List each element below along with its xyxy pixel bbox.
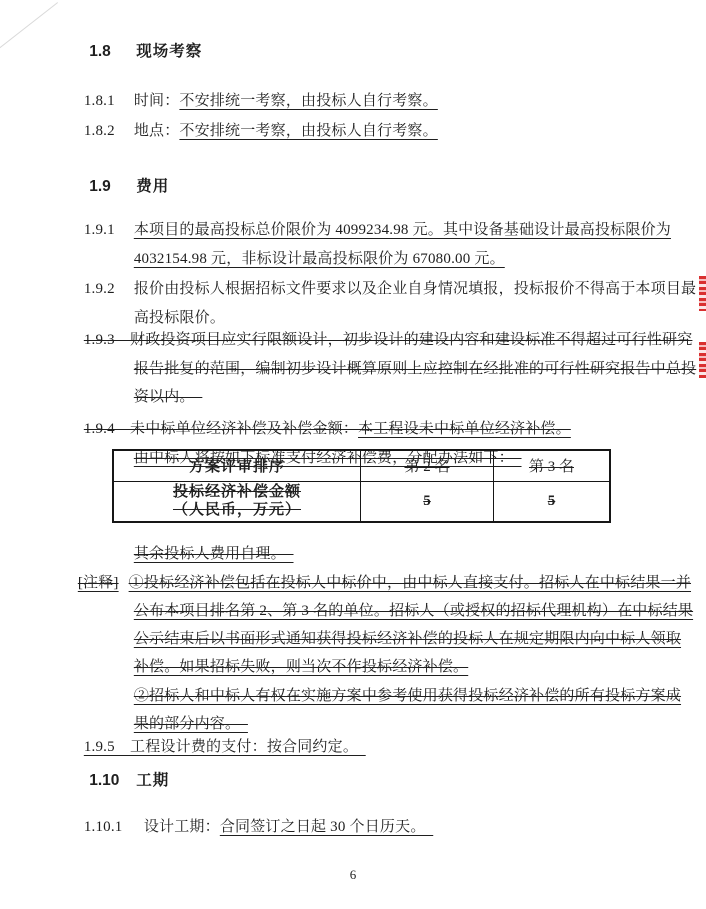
- struck-value: 5: [548, 493, 556, 509]
- table-header-cell: 方案评审排序: [113, 450, 361, 481]
- table-value-cell: 5: [361, 481, 494, 522]
- heading-title: 工期: [136, 772, 169, 789]
- struck-text: 报告批复的范围，编制初步设计概算原则上应控制在经批准的可行性研究报告中总投: [134, 361, 696, 377]
- row-label-line1: 投标经济补偿金额: [114, 483, 360, 501]
- header-label: 方案评审排序: [189, 458, 285, 475]
- table-header-cell: 第 3 名: [494, 450, 611, 481]
- row-label-line2: （人民币，万元）: [114, 501, 360, 519]
- compensation-table: 方案评审排序 第 2 名 第 3 名 投标经济补偿金额 （人民币，万元） 5 5: [112, 449, 611, 523]
- table-value-row: 投标经济补偿金额 （人民币，万元） 5 5: [113, 481, 610, 522]
- table-row-label-cell: 投标经济补偿金额 （人民币，万元）: [113, 481, 361, 522]
- table-header-row: 方案评审排序 第 2 名 第 3 名: [113, 450, 610, 481]
- heading-number: 1.10: [89, 771, 136, 791]
- heading-title: 现场考察: [136, 43, 202, 60]
- page-number: 6: [0, 867, 706, 883]
- struck-header-label: 第 2 名: [404, 459, 449, 475]
- heading-number: 1.8: [89, 42, 136, 62]
- table-value-cell: 5: [494, 481, 611, 522]
- revision-mark: [699, 342, 706, 378]
- document-page: 1.8现场考察 1.8.1时间：不安排统一考察，由投标人自行考察。 1.8.2地…: [0, 0, 706, 909]
- clause-text-underlined: 不安排统一考察，由投标人自行考察。: [179, 123, 437, 139]
- clause-number: 1.8.2: [84, 121, 134, 141]
- clause-label: 地点：: [134, 123, 180, 139]
- clause-1-9-3-line2-struck: 报告批复的范围，编制初步设计概算原则上应控制在经批准的可行性研究报告中总投: [118, 339, 696, 399]
- table-header-cell: 第 2 名: [361, 450, 494, 481]
- struck-header-label: 第 3 名: [529, 459, 574, 475]
- heading-title: 费用: [136, 178, 169, 195]
- scan-corner-artifact: [0, 2, 58, 51]
- clause-label: 设计工期：: [144, 819, 220, 835]
- clause-1-8-2: 1.8.2地点：不安排统一考察，由投标人自行考察。: [68, 101, 438, 161]
- heading-number: 1.9: [89, 177, 136, 197]
- clause-number: 1.10.1: [84, 817, 144, 837]
- note-tag: [注释]: [78, 575, 119, 591]
- struck-value: 5: [423, 493, 431, 509]
- clause-1-10-1: 1.10.1设计工期：合同签订之日起 30 个日历天。: [68, 797, 433, 857]
- clause-text-underlined: 合同签订之日起 30 个日历天。: [220, 819, 433, 835]
- revision-mark: [699, 276, 706, 311]
